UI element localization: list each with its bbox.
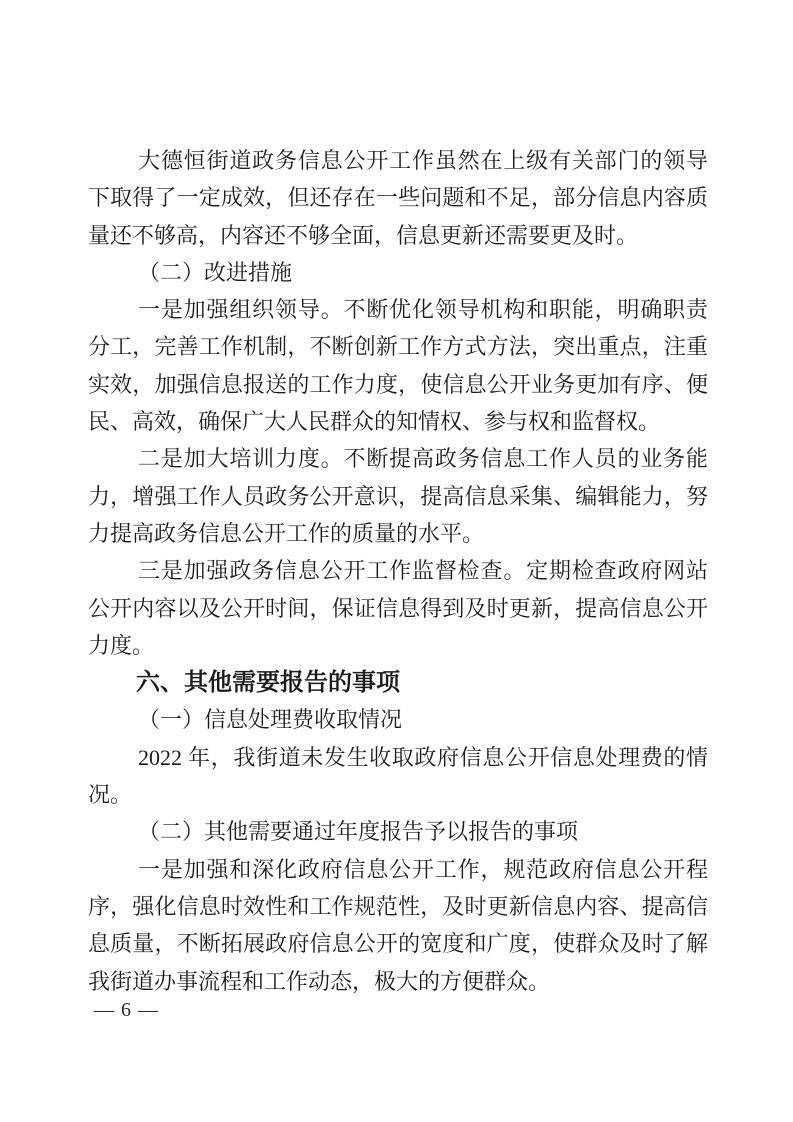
paragraph-kai: （二）改进措施 (88, 254, 708, 291)
paragraph-kai: （一）信息处理费收取情况 (88, 701, 708, 738)
document-page: 大德恒街道政务信息公开工作虽然在上级有关部门的领导下取得了一定成效，但还存在一些… (0, 0, 793, 1122)
paragraph-body: 一是加强组织领导。不断优化领导机构和职能，明确职责分工，完善工作机制，不断创新工… (88, 291, 708, 440)
paragraph-body: 2022 年，我街道未发生收取政府信息公开信息处理费的情况。 (88, 739, 708, 814)
paragraph-body: 大德恒街道政务信息公开工作虽然在上级有关部门的领导下取得了一定成效，但还存在一些… (88, 142, 708, 254)
paragraph-kai: （二）其他需要通过年度报告予以报告的事项 (88, 813, 708, 850)
paragraph-body: 二是加大培训力度。不断提高政务信息工作人员的业务能力，增强工作人员政务公开意识，… (88, 440, 708, 552)
paragraph-heading: 六、其他需要报告的事项 (88, 664, 708, 701)
document-body: 大德恒街道政务信息公开工作虽然在上级有关部门的领导下取得了一定成效，但还存在一些… (88, 142, 708, 1000)
paragraph-body: 一是加强和深化政府信息公开工作，规范政府信息公开程序，强化信息时效性和工作规范性… (88, 851, 708, 1000)
paragraph-body: 三是加强政务信息公开工作监督检查。定期检查政府网站公开内容以及公开时间，保证信息… (88, 552, 708, 664)
page-number: — 6 — (94, 999, 159, 1022)
